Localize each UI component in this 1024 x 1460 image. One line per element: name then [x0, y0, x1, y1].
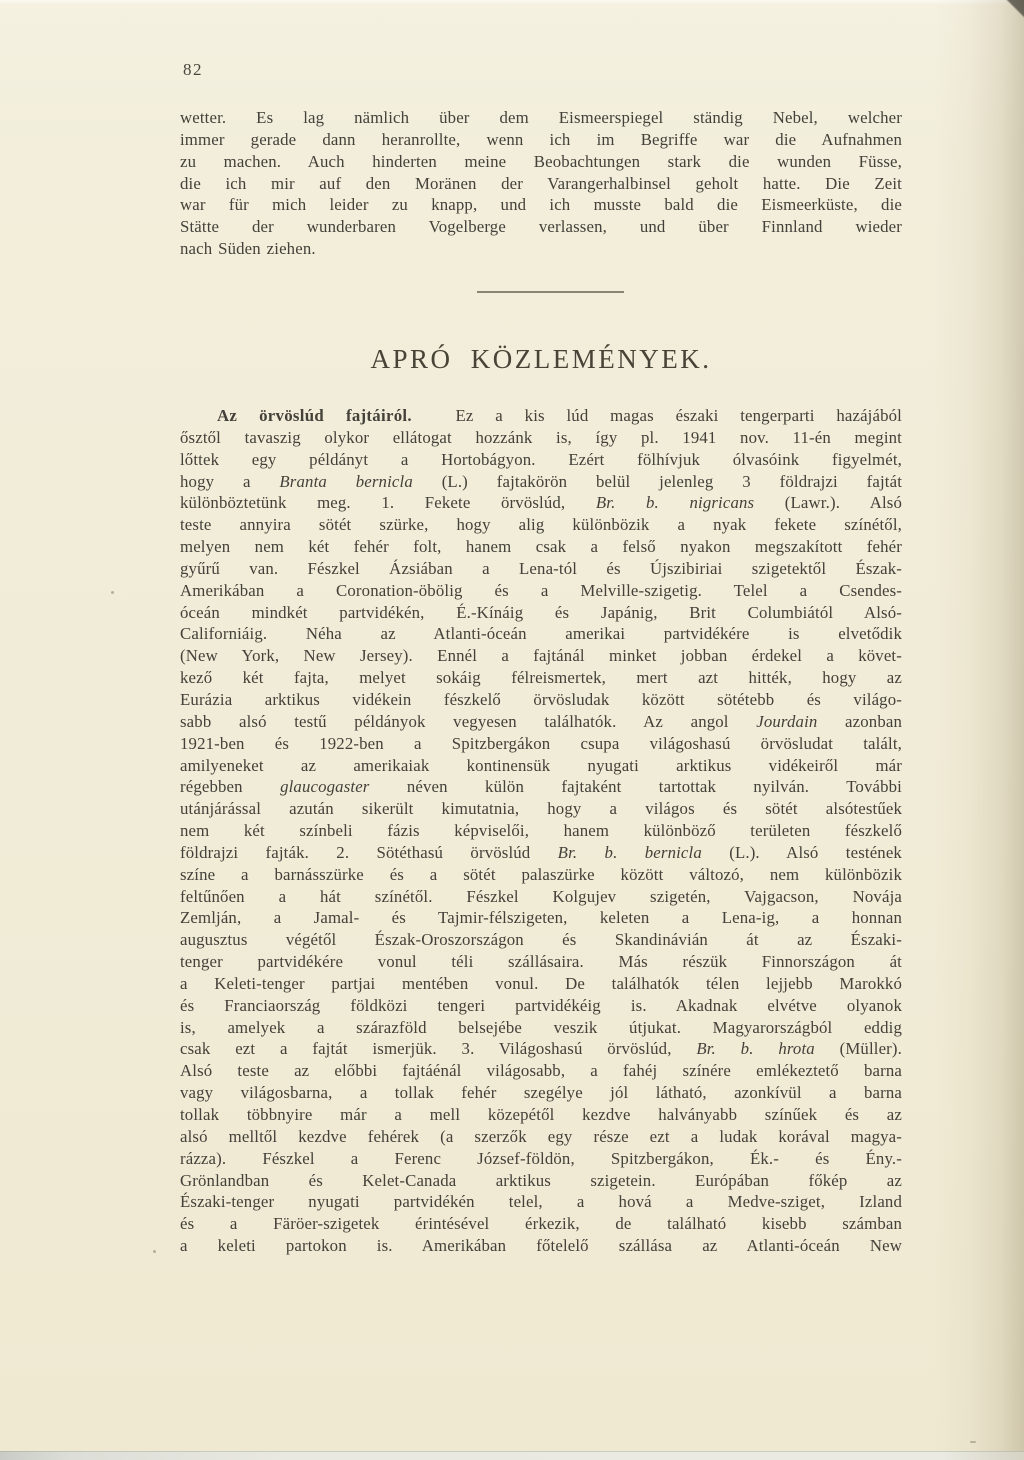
text-line: régebben glaucogaster néven külön fajtak…: [180, 776, 902, 798]
text-line: war für mich leider zu knapp, und ich mu…: [180, 194, 902, 216]
text-line: Amerikában a Coronation-öbölig és a Melv…: [180, 580, 902, 602]
text-line: augusztus végétől Észak-Oroszországon és…: [180, 929, 902, 951]
text-line: Californiáig. Néha az Atlanti-óceán amer…: [180, 623, 902, 645]
text-line: földrajzi fajták. 2. Sötéthasú örvöslúd …: [180, 842, 902, 864]
section-divider: [477, 291, 624, 293]
scanned-book-page: { "page": { "number": "82", "heading": "…: [0, 0, 1024, 1460]
scan-edge-top: [0, 0, 1024, 5]
text-line: wetter. Es lag nämlich über dem Eismeers…: [180, 107, 902, 129]
text-line: nach Süden ziehen.: [180, 238, 902, 260]
text-line: és Franciaország földközi tengeri partvi…: [180, 995, 902, 1017]
text-line: feltűnően a hát színétől. Fészkel Kolguj…: [180, 886, 902, 908]
text-line: különböztetünk meg. 1. Fekete örvöslúd, …: [180, 492, 902, 514]
text-line: rázza). Fészkel a Ferenc József-földön, …: [180, 1148, 902, 1170]
text-line: teste annyira sötét szürke, hogy alig kü…: [180, 514, 902, 536]
text-line: a Keleti-tenger partjai mentében vonul. …: [180, 973, 902, 995]
corner-notch: [998, 0, 1024, 20]
text-line: hogy a Branta bernicla (L.) fajtakörön b…: [180, 471, 902, 493]
text-line: Eurázia arktikus vidékein fészkelő örvös…: [180, 689, 902, 711]
text-line: (New York, New Jersey). Ennél a fajtánál…: [180, 645, 902, 667]
text-line: sabb alsó testű példányok vegyesen talál…: [180, 711, 902, 733]
ink-speck: [970, 1441, 976, 1443]
text-line: tollak többnyire már a mell közepétől ke…: [180, 1104, 902, 1126]
text-line: zu machen. Auch hinderten meine Beobacht…: [180, 151, 902, 173]
text-line: melyen nem két fehér folt, hanem csak a …: [180, 536, 902, 558]
text-line: csak ezt a fajtát ismerjük. 3. Világosha…: [180, 1038, 902, 1060]
text-line: a keleti partokon is. Amerikában főtelel…: [180, 1235, 902, 1257]
text-line: immer gerade dann heranrollte, wenn ich …: [180, 129, 902, 151]
text-line: Északi-tenger nyugati partvidékén telel,…: [180, 1191, 902, 1213]
text-line: die ich mir auf den Moränen der Varanger…: [180, 173, 902, 195]
text-line: vagy világosbarna, a tollak fehér szegél…: [180, 1082, 902, 1104]
text-line: tenger partvidékére vonul téli szállásai…: [180, 951, 902, 973]
page-edge-shadow: [933, 0, 1024, 1460]
text-line: lőttek egy példányt a Hortobágyon. Ezért…: [180, 449, 902, 471]
text-line: Zemlján, a Jamal- és Tajmir-félszigeten,…: [180, 907, 902, 929]
text-line: Az örvöslúd fajtáiról. Ez a kis lúd maga…: [180, 405, 902, 427]
text-line: nem két színbeli fázis képviselői, hanem…: [180, 820, 902, 842]
section-heading: APRÓ KÖZLEMÉNYEK.: [180, 344, 902, 375]
text-line: is, amelyek a szárazföld belsejébe veszi…: [180, 1017, 902, 1039]
text-line: amilyeneket az amerikaiak kontinensük ny…: [180, 755, 902, 777]
text-line: 1921-ben és 1922-ben a Spitzbergákon csu…: [180, 733, 902, 755]
page-number: 82: [183, 60, 203, 80]
text-line: Stätte der wunderbaren Vogelberge verlas…: [180, 216, 902, 238]
scan-edge-bottom: [0, 1451, 1024, 1460]
text-line: alsó melltől kezdve fehérek (a szerzők e…: [180, 1126, 902, 1148]
text-line: gyűrű van. Fészkel Ázsiában a Lena-tól é…: [180, 558, 902, 580]
ink-speck: [153, 1250, 156, 1253]
text-line: kező két fajta, melyet sokáig félreismer…: [180, 667, 902, 689]
text-line: és a Färöer-szigetek érintésével érkezik…: [180, 1213, 902, 1235]
text-line: utánjárással azután sikerült kimutatnia,…: [180, 798, 902, 820]
text-line: óceán mindkét partvidékén, É.-Kínáig és …: [180, 602, 902, 624]
article-paragraph: Az örvöslúd fajtáiról. Ez a kis lúd maga…: [180, 405, 902, 1257]
german-paragraph: wetter. Es lag nämlich über dem Eismeers…: [180, 107, 902, 260]
text-line: ősztől tavaszig olykor ellátogat hozzánk…: [180, 427, 902, 449]
ink-speck: [111, 591, 114, 594]
text-line: Grönlandban és Kelet-Canada arktikus szi…: [180, 1170, 902, 1192]
text-line: színe a barnásszürke és a sötét palaszür…: [180, 864, 902, 886]
text-line: Alsó teste az előbbi fajtáénál világosab…: [180, 1060, 902, 1082]
